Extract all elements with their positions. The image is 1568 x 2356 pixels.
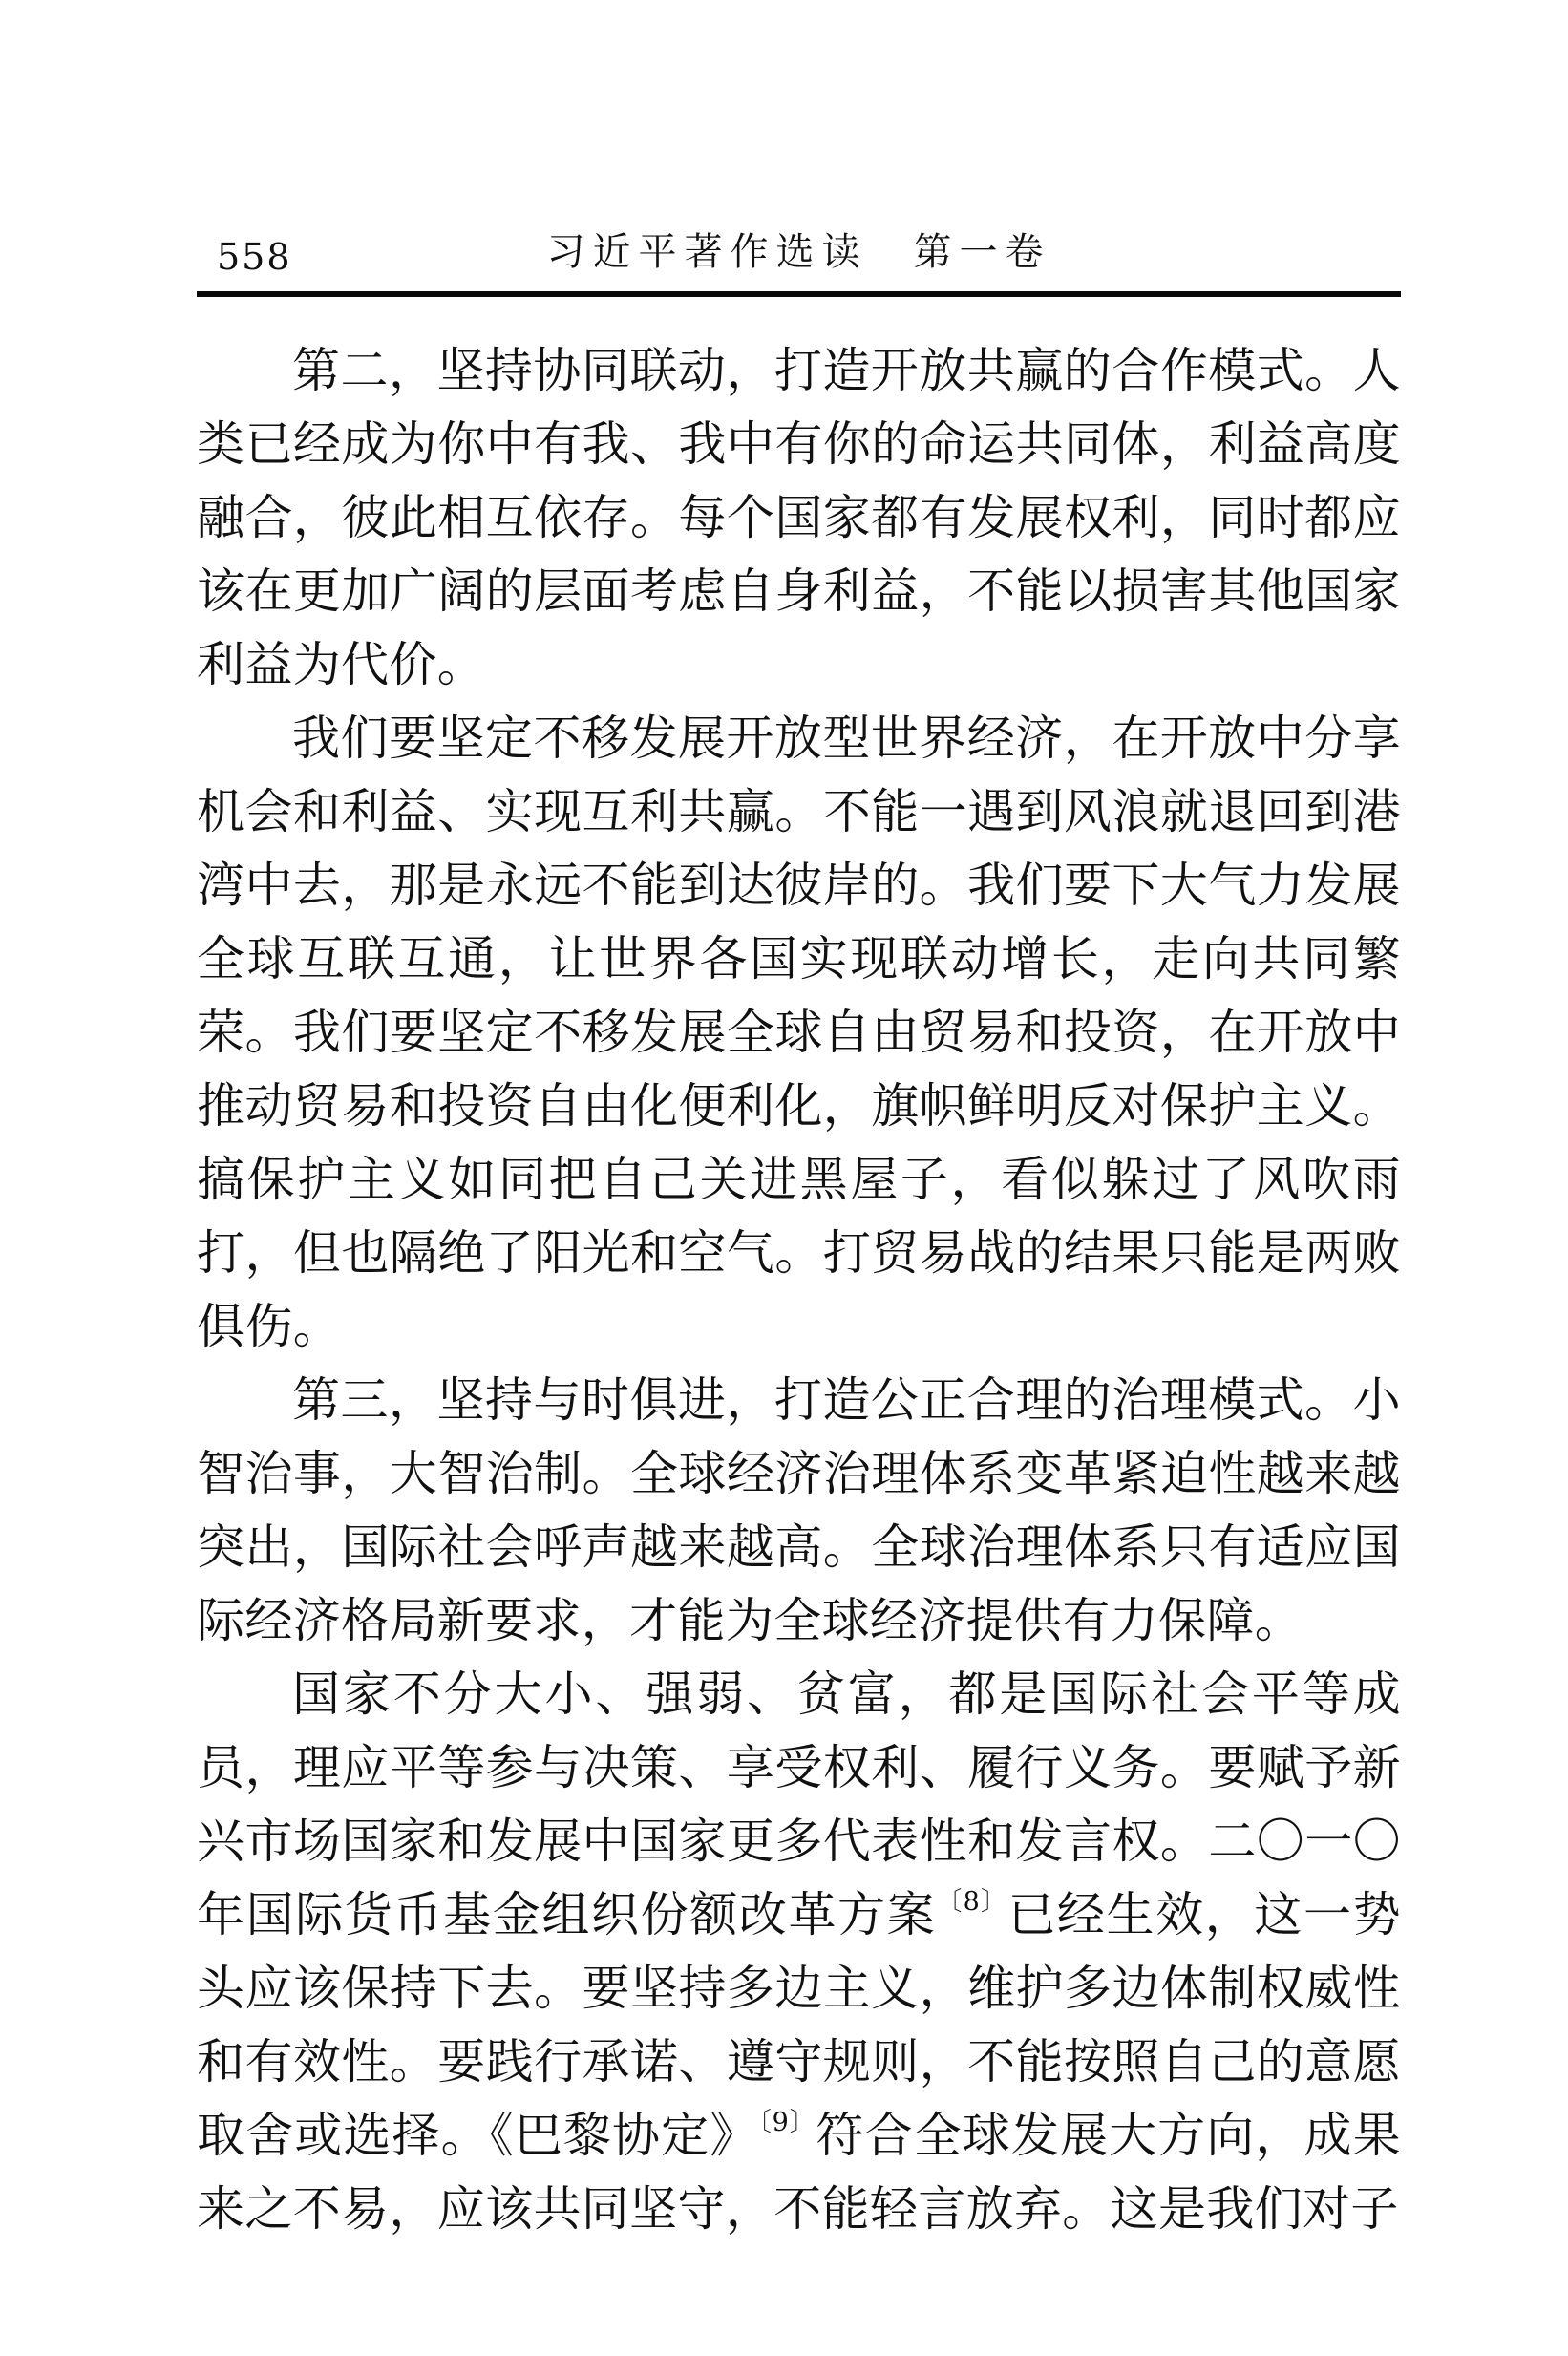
footnote-ref-9: 〔9〕 [758,2108,816,2137]
paragraph-2: 我们要坚定不移发展开放型世界经济，在开放中分享机会和利益、实现互利共赢。不能一遇… [197,702,1401,1364]
footnote-ref-8: 〔8〕 [936,1887,1007,1917]
page-body: 第二，坚持协同联动，打造开放共赢的合作模式。人类已经成为你中有我、我中有你的命运… [197,334,1401,2246]
header-rule [197,291,1401,297]
paragraph-4: 国家不分大小、强弱、贫富，都是国际社会平等成员，理应平等参与决策、享受权利、履行… [197,1658,1401,2246]
paragraph-1: 第二，坚持协同联动，打造开放共赢的合作模式。人类已经成为你中有我、我中有你的命运… [197,334,1401,702]
running-header-title: 习近平著作选读 第一卷 [197,233,1401,271]
running-header: 558 习近平著作选读 第一卷 [197,233,1401,287]
paragraph-3: 第三，坚持与时俱进，打造公正合理的治理模式。小智治事，大智治制。全球经济治理体系… [197,1364,1401,1658]
book-page: 558 习近平著作选读 第一卷 第二，坚持协同联动，打造开放共赢的合作模式。人类… [0,0,1568,2356]
